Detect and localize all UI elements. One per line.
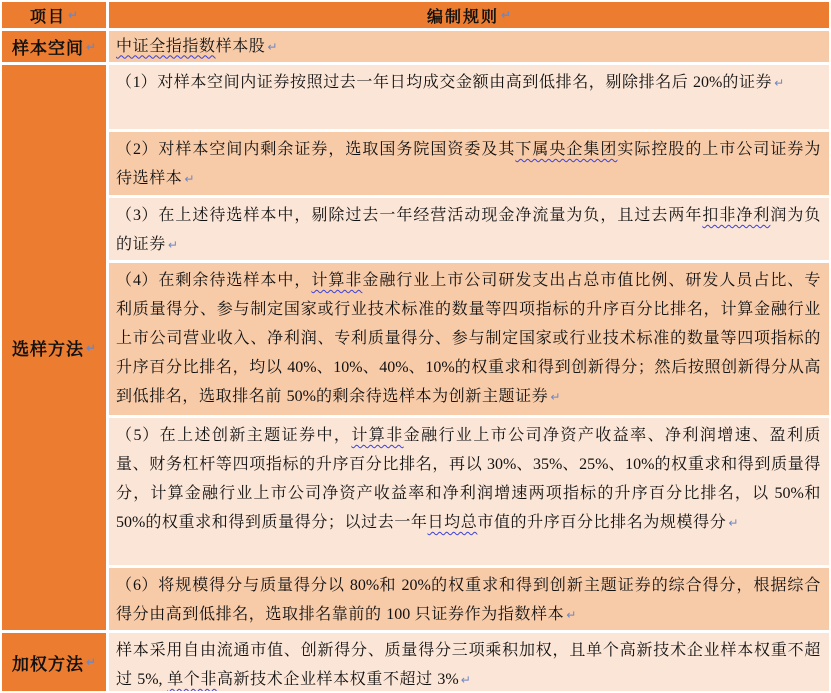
sample-space-label: 样本空间 [12, 34, 84, 59]
cell-rule-1: （1）对样本空间内证券按照过去一年日均成交金额由高到低排名，剔除排名后 20%的… [109, 65, 829, 129]
paragraph-mark-icon: ↵ [566, 608, 576, 622]
cell-weighting: 样本采用自由流通市值、创新得分、质量得分三项乘积加权，且单个高新技术企业样本权重… [109, 633, 829, 691]
paragraph-mark-icon: ↵ [68, 8, 78, 22]
paragraph-mark-icon: ↵ [550, 390, 560, 404]
rule-3-text: （3）在上述待选样本中，剔除过去一年经营活动现金净流量为负，且过去两年扣非净利润… [116, 207, 821, 253]
paragraph-mark-icon: ↵ [774, 76, 784, 90]
paragraph-mark-icon: ↵ [728, 516, 738, 530]
cell-rule-5: （5）在上述创新主题证券中，计算非金融行业上市公司净资产收益率、净利润增速、盈利… [109, 418, 829, 565]
rule-6-text: （6）将规模得分与质量得分以 80%和 20%的权重求和得到创新主题证券的综合得… [116, 577, 821, 623]
header-cell-item: 项目↵ [2, 2, 106, 28]
rule-4-text: （4）在剩余待选样本中，计算非金融行业上市公司研发支出占总市值比例、研发人员占比… [116, 272, 821, 405]
cell-sample-space: 中证全指指数样本股↵ [109, 31, 829, 62]
row-label-selection-method: 选样方法↵ [2, 65, 106, 630]
sample-space-text: 中证全指指数样本股 [116, 38, 265, 55]
paragraph-mark-icon: ↵ [86, 341, 96, 355]
row-label-sample-space: 样本空间↵ [2, 31, 106, 62]
paragraph-mark-icon: ↵ [267, 40, 277, 54]
paragraph-mark-icon: ↵ [501, 8, 511, 22]
paragraph-mark-icon: ↵ [168, 238, 178, 252]
header-cell-rule: 编制规则↵ [109, 2, 829, 28]
selection-method-label: 选样方法 [12, 335, 84, 360]
cell-rule-2: （2）对样本空间内剩余证券，选取国务院国资委及其下属央企集团实际控股的上市公司证… [109, 132, 829, 195]
header-rule-label: 编制规则 [427, 4, 499, 27]
paragraph-mark-icon: ↵ [461, 673, 471, 687]
rule-2-text: （2）对样本空间内剩余证券，选取国务院国资委及其下属央企集团实际控股的上市公司证… [116, 141, 821, 187]
paragraph-mark-icon: ↵ [86, 40, 96, 54]
paragraph-mark-icon: ↵ [184, 172, 194, 186]
cell-rule-3: （3）在上述待选样本中，剔除过去一年经营活动现金净流量为负，且过去两年扣非净利润… [109, 198, 829, 260]
weighting-method-label: 加权方法 [12, 650, 84, 675]
cell-rule-4: （4）在剩余待选样本中，计算非金融行业上市公司研发支出占总市值比例、研发人员占比… [109, 263, 829, 415]
rule-5-text: （5）在上述创新主题证券中，计算非金融行业上市公司净资产收益率、净利润增速、盈利… [116, 427, 821, 531]
header-item-label: 项目 [30, 4, 66, 27]
row-label-weighting-method: 加权方法↵ [2, 633, 106, 691]
cell-rule-6: （6）将规模得分与质量得分以 80%和 20%的权重求和得到创新主题证券的综合得… [109, 568, 829, 630]
paragraph-mark-icon: ↵ [86, 655, 96, 669]
rule-1-text: （1）对样本空间内证券按照过去一年日均成交金额由高到低排名，剔除排名后 20%的… [116, 74, 772, 91]
index-rules-table: 项目↵ 编制规则↵ 样本空间↵ 中证全指指数样本股↵ 选样方法↵ （1）对样本空… [0, 0, 831, 693]
